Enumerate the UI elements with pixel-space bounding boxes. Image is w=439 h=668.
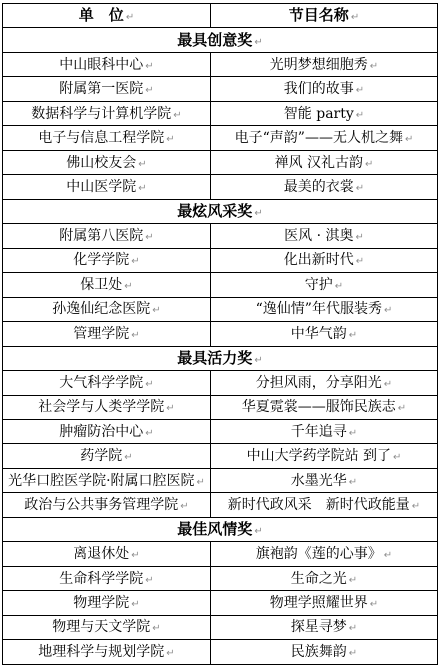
award-section-title: 最炫风采奖	[177, 202, 252, 220]
unit-cell: 物理学院↵	[3, 591, 211, 615]
paragraph-mark-icon: ↵	[166, 403, 174, 414]
table-row: 保卫处↵守护↵	[3, 273, 438, 297]
paragraph-mark-icon: ↵	[166, 648, 174, 659]
paragraph-mark-icon: ↵	[349, 623, 357, 634]
unit-label: 电子与信息工程学院	[38, 130, 164, 146]
program-label: 华夏霓裳——服饰民族志	[242, 399, 396, 415]
paragraph-mark-icon: ↵	[412, 501, 420, 512]
table-row: 化学学院↵化出新时代↵	[3, 248, 438, 272]
unit-label: 附属第一医院	[59, 81, 143, 97]
column-header-program-label: 节目名称	[289, 6, 349, 24]
program-label: 光明梦想细胞秀	[270, 57, 368, 73]
program-label: 千年追寻	[291, 424, 347, 440]
table-row: 大气科学学院↵分担风雨，分享阳光↵	[3, 371, 438, 395]
paragraph-mark-icon: ↵	[349, 648, 357, 659]
program-label: 分担风雨，分享阳光	[256, 375, 382, 391]
paragraph-mark-icon: ↵	[131, 550, 139, 561]
paragraph-mark-icon: ↵	[173, 110, 181, 121]
table-row: 离退休处↵旗袍韵《莲的心事》↵	[3, 542, 438, 566]
program-cell: 旗袍韵《莲的心事》↵	[211, 542, 438, 566]
unit-cell: 光华口腔医学院·附属口腔医院↵	[3, 468, 211, 492]
unit-cell: 政治与公共事务管理学院↵	[3, 493, 211, 517]
unit-label: 佛山校友会	[66, 155, 136, 171]
unit-cell: 地理科学与规划学院↵	[3, 640, 211, 665]
program-cell: 民族舞韵↵	[211, 640, 438, 665]
program-label: 化出新时代	[284, 252, 354, 268]
award-section-row: 最具创意奖↵	[3, 28, 438, 52]
program-label: 我们的故事	[284, 81, 354, 97]
unit-label: 离退休处	[73, 546, 129, 562]
table-row: 地理科学与规划学院↵民族舞韵↵	[3, 640, 438, 665]
unit-label: 化学学院	[73, 252, 129, 268]
unit-cell: 佛山校友会↵	[3, 150, 211, 174]
table-row: 管理学院↵中华气韵↵	[3, 322, 438, 346]
program-label: 最美的衣裳	[284, 179, 354, 195]
unit-label: 药学院	[80, 448, 122, 464]
paragraph-mark-icon: ↵	[370, 61, 378, 72]
award-section-row: 最具活力奖↵	[3, 346, 438, 370]
paragraph-mark-icon: ↵	[351, 12, 359, 23]
program-cell: 分担风雨，分享阳光↵	[211, 371, 438, 395]
paragraph-mark-icon: ↵	[365, 159, 373, 170]
paragraph-mark-icon: ↵	[145, 232, 153, 243]
program-label: 智能 party	[284, 106, 354, 122]
unit-label: 地理科学与规划学院	[38, 644, 164, 660]
unit-cell: 附属第一医院↵	[3, 77, 211, 101]
paragraph-mark-icon: ↵	[356, 85, 364, 96]
unit-cell: 社会学与人类学学院↵	[3, 395, 211, 419]
program-label: 旗袍韵《莲的心事》	[256, 546, 382, 562]
table-row: 政治与公共事务管理学院↵新时代政风采 新时代政能量↵	[3, 493, 438, 517]
paragraph-mark-icon: ↵	[145, 61, 153, 72]
unit-cell: 药学院↵	[3, 444, 211, 468]
unit-cell: 电子与信息工程学院↵	[3, 126, 211, 150]
program-cell: 华夏霓裳——服饰民族志↵	[211, 395, 438, 419]
unit-label: 政治与公共事务管理学院	[24, 497, 178, 513]
unit-cell: 大气科学学院↵	[3, 371, 211, 395]
paragraph-mark-icon: ↵	[124, 281, 132, 292]
paragraph-mark-icon: ↵	[138, 183, 146, 194]
table-row: 光华口腔医学院·附属口腔医院↵水墨光华↵	[3, 468, 438, 492]
table-row: 佛山校友会↵禅风 汉礼古韵↵	[3, 150, 438, 174]
unit-label: 物理与天文学院	[52, 619, 150, 635]
program-label: 新时代政风采 新时代政能量	[228, 497, 410, 513]
awards-table-body: 单 位↵ 节目名称↵ 最具创意奖↵中山眼科中心↵光明梦想细胞秀↵附属第一医院↵我…	[3, 4, 438, 665]
paragraph-mark-icon: ↵	[335, 281, 343, 292]
unit-label: 孙逸仙纪念医院	[52, 301, 150, 317]
program-label: 禅风 汉礼古韵	[275, 155, 363, 171]
unit-label: 数据科学与计算机学院	[31, 106, 171, 122]
paragraph-mark-icon: ↵	[145, 85, 153, 96]
document-page: 单 位↵ 节目名称↵ 最具创意奖↵中山眼科中心↵光明梦想细胞秀↵附属第一医院↵我…	[0, 0, 439, 668]
program-cell: 电子“声韵”——无人机之舞↵	[211, 126, 438, 150]
program-cell: 医风 · 淇奥↵	[211, 224, 438, 248]
award-section-title: 最具活力奖	[177, 349, 252, 367]
unit-label: 社会学与人类学学院	[38, 399, 164, 415]
paragraph-mark-icon: ↵	[356, 110, 364, 121]
program-cell: 禅风 汉礼古韵↵	[211, 150, 438, 174]
unit-label: 管理学院	[73, 326, 129, 342]
paragraph-mark-icon: ↵	[145, 379, 153, 390]
program-label: 物理学照耀世界	[270, 595, 368, 611]
program-cell: 中华气韵↵	[211, 322, 438, 346]
program-cell: “逸仙情”年代服装秀↵	[211, 297, 438, 321]
table-row: 药学院↵中山大学药学院站 到了↵	[3, 444, 438, 468]
column-header-unit: 单 位↵	[3, 4, 211, 28]
paragraph-mark-icon: ↵	[166, 134, 174, 145]
unit-cell: 数据科学与计算机学院↵	[3, 101, 211, 125]
unit-cell: 中山眼科中心↵	[3, 52, 211, 76]
unit-label: 光华口腔医学院·附属口腔医院	[8, 473, 194, 489]
paragraph-mark-icon: ↵	[126, 12, 134, 23]
paragraph-mark-icon: ↵	[370, 599, 378, 610]
program-cell: 千年追寻↵	[211, 419, 438, 443]
program-label: “逸仙情”年代服装秀	[256, 301, 382, 317]
program-cell: 化出新时代↵	[211, 248, 438, 272]
program-label: 生命之光	[291, 571, 347, 587]
column-header-unit-label: 单 位	[79, 6, 124, 24]
paragraph-mark-icon: ↵	[355, 232, 363, 243]
paragraph-mark-icon: ↵	[254, 526, 262, 537]
program-cell: 光明梦想细胞秀↵	[211, 52, 438, 76]
paragraph-mark-icon: ↵	[152, 305, 160, 316]
program-cell: 新时代政风采 新时代政能量↵	[211, 493, 438, 517]
paragraph-mark-icon: ↵	[152, 623, 160, 634]
unit-label: 物理学院	[73, 595, 129, 611]
paragraph-mark-icon: ↵	[349, 477, 357, 488]
program-cell: 中山大学药学院站 到了↵	[211, 444, 438, 468]
paragraph-mark-icon: ↵	[180, 501, 188, 512]
table-row: 电子与信息工程学院↵电子“声韵”——无人机之舞↵	[3, 126, 438, 150]
table-header-row: 单 位↵ 节目名称↵	[3, 4, 438, 28]
program-label: 医风 · 淇奥	[284, 228, 353, 244]
program-cell: 智能 party↵	[211, 101, 438, 125]
award-section-title: 最具创意奖	[177, 31, 252, 49]
paragraph-mark-icon: ↵	[197, 477, 205, 488]
unit-cell: 生命科学学院↵	[3, 566, 211, 590]
paragraph-mark-icon: ↵	[349, 428, 357, 439]
table-row: 中山眼科中心↵光明梦想细胞秀↵	[3, 52, 438, 76]
award-section-cell: 最具创意奖↵	[3, 28, 438, 52]
table-row: 物理与天文学院↵探星寻梦↵	[3, 615, 438, 639]
paragraph-mark-icon: ↵	[384, 305, 392, 316]
unit-cell: 管理学院↵	[3, 322, 211, 346]
award-section-cell: 最具活力奖↵	[3, 346, 438, 370]
paragraph-mark-icon: ↵	[254, 37, 262, 48]
paragraph-mark-icon: ↵	[131, 330, 139, 341]
program-label: 民族舞韵	[291, 644, 347, 660]
table-row: 中山医学院↵最美的衣裳↵	[3, 175, 438, 199]
program-cell: 物理学照耀世界↵	[211, 591, 438, 615]
unit-label: 生命科学学院	[59, 571, 143, 587]
unit-cell: 化学学院↵	[3, 248, 211, 272]
program-cell: 最美的衣裳↵	[211, 175, 438, 199]
program-cell: 守护↵	[211, 273, 438, 297]
program-label: 守护	[305, 277, 333, 293]
table-row: 物理学院↵物理学照耀世界↵	[3, 591, 438, 615]
award-section-row: 最炫风采奖↵	[3, 199, 438, 223]
program-cell: 探星寻梦↵	[211, 615, 438, 639]
unit-cell: 附属第八医院↵	[3, 224, 211, 248]
paragraph-mark-icon: ↵	[254, 208, 262, 219]
table-row: 附属第八医院↵医风 · 淇奥↵	[3, 224, 438, 248]
program-label: 中山大学药学院站 到了	[247, 448, 391, 464]
unit-label: 中山医学院	[66, 179, 136, 195]
program-label: 中华气韵	[291, 326, 347, 342]
award-section-cell: 最佳风情奖↵	[3, 517, 438, 541]
unit-label: 中山眼科中心	[59, 57, 143, 73]
column-header-program: 节目名称↵	[211, 4, 438, 28]
paragraph-mark-icon: ↵	[384, 379, 392, 390]
table-row: 生命科学学院↵生命之光↵	[3, 566, 438, 590]
table-row: 孙逸仙纪念医院↵“逸仙情”年代服装秀↵	[3, 297, 438, 321]
table-row: 附属第一医院↵我们的故事↵	[3, 77, 438, 101]
unit-cell: 物理与天文学院↵	[3, 615, 211, 639]
unit-label: 肿瘤防治中心	[59, 424, 143, 440]
paragraph-mark-icon: ↵	[384, 550, 392, 561]
table-row: 肿瘤防治中心↵千年追寻↵	[3, 419, 438, 443]
unit-cell: 保卫处↵	[3, 273, 211, 297]
paragraph-mark-icon: ↵	[131, 599, 139, 610]
unit-label: 附属第八医院	[59, 228, 143, 244]
award-section-cell: 最炫风采奖↵	[3, 199, 438, 223]
paragraph-mark-icon: ↵	[124, 452, 132, 463]
paragraph-mark-icon: ↵	[138, 159, 146, 170]
paragraph-mark-icon: ↵	[145, 575, 153, 586]
unit-cell: 肿瘤防治中心↵	[3, 419, 211, 443]
awards-table: 单 位↵ 节目名称↵ 最具创意奖↵中山眼科中心↵光明梦想细胞秀↵附属第一医院↵我…	[2, 3, 438, 665]
unit-label: 保卫处	[80, 277, 122, 293]
program-cell: 我们的故事↵	[211, 77, 438, 101]
unit-cell: 孙逸仙纪念医院↵	[3, 297, 211, 321]
paragraph-mark-icon: ↵	[349, 330, 357, 341]
program-cell: 水墨光华↵	[211, 468, 438, 492]
unit-label: 大气科学学院	[59, 375, 143, 391]
unit-cell: 中山医学院↵	[3, 175, 211, 199]
program-cell: 生命之光↵	[211, 566, 438, 590]
paragraph-mark-icon: ↵	[398, 403, 406, 414]
program-label: 电子“声韵”——无人机之舞	[235, 130, 403, 146]
program-label: 探星寻梦	[291, 619, 347, 635]
paragraph-mark-icon: ↵	[356, 183, 364, 194]
award-section-row: 最佳风情奖↵	[3, 517, 438, 541]
paragraph-mark-icon: ↵	[349, 575, 357, 586]
paragraph-mark-icon: ↵	[393, 452, 401, 463]
table-row: 数据科学与计算机学院↵智能 party↵	[3, 101, 438, 125]
unit-cell: 离退休处↵	[3, 542, 211, 566]
award-section-title: 最佳风情奖	[177, 520, 252, 538]
paragraph-mark-icon: ↵	[145, 428, 153, 439]
table-row: 社会学与人类学学院↵华夏霓裳——服饰民族志↵	[3, 395, 438, 419]
paragraph-mark-icon: ↵	[405, 134, 413, 145]
paragraph-mark-icon: ↵	[356, 256, 364, 267]
paragraph-mark-icon: ↵	[254, 355, 262, 366]
paragraph-mark-icon: ↵	[131, 256, 139, 267]
program-label: 水墨光华	[291, 473, 347, 489]
